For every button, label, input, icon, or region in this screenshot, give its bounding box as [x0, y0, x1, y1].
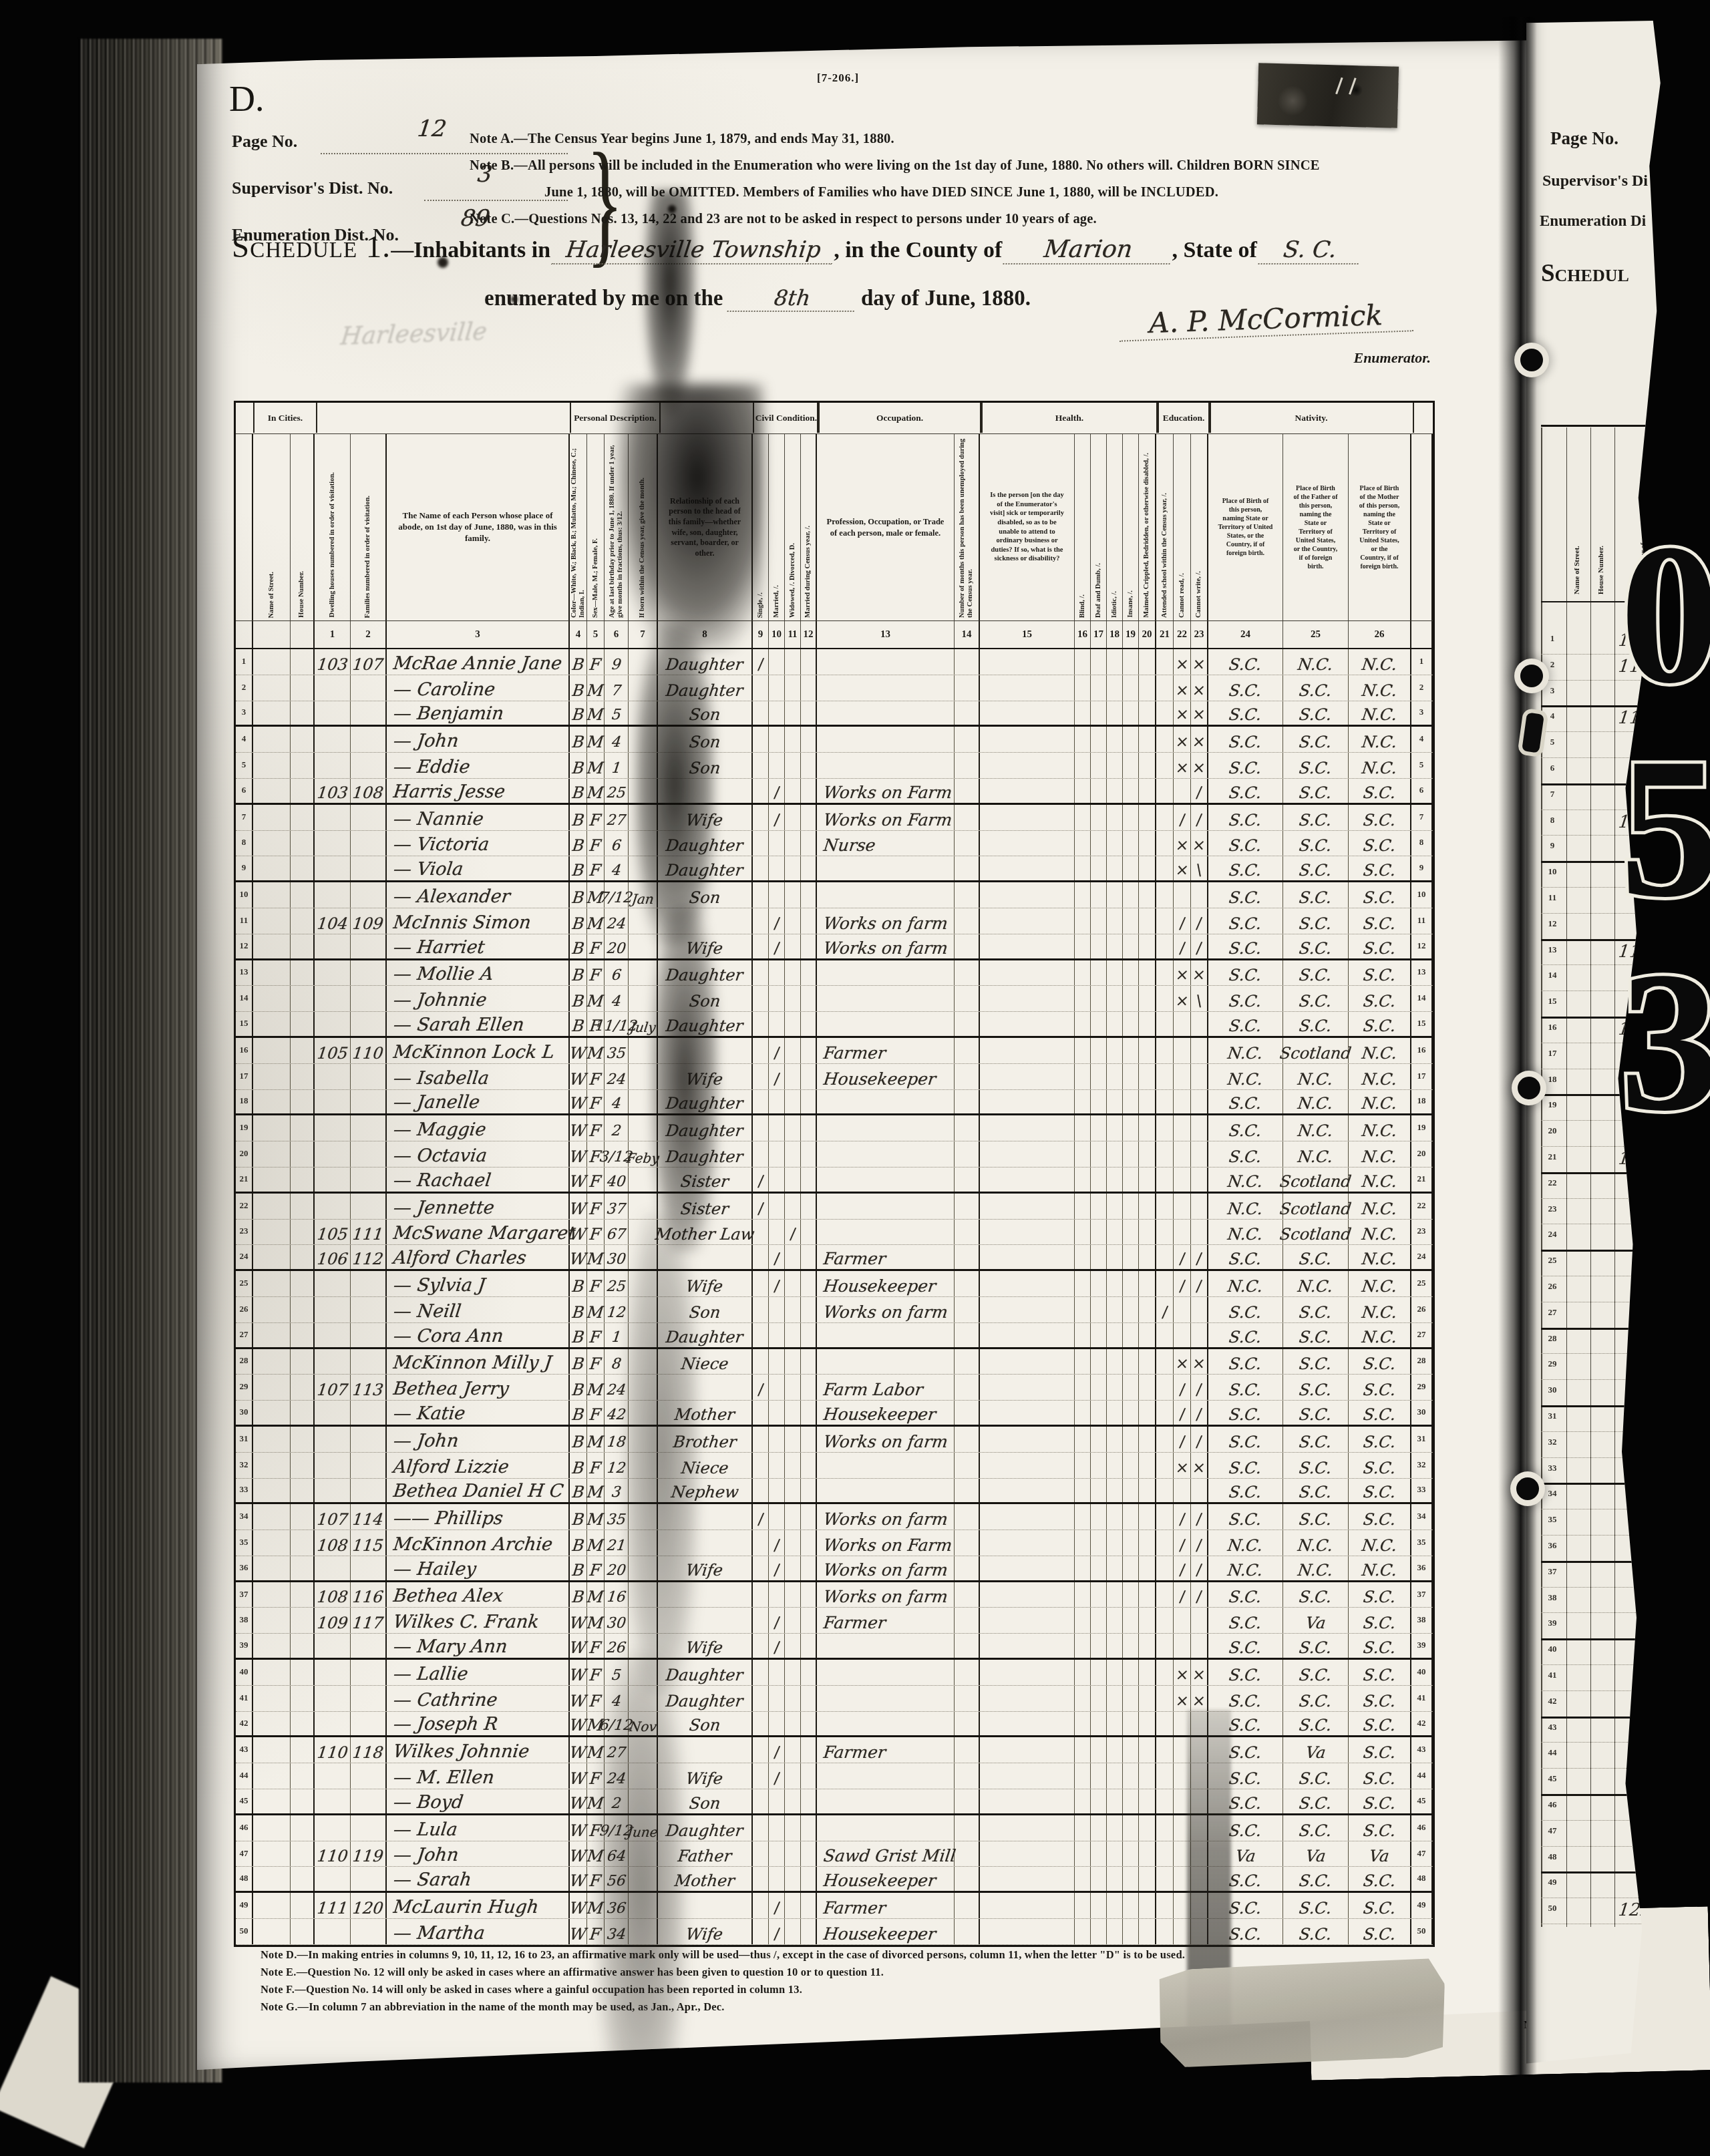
cell-c4: W — [570, 1090, 587, 1114]
cell-c18 — [1107, 1401, 1123, 1425]
cell-c17 — [1091, 1763, 1107, 1789]
cell-c25: S.C. — [1283, 1245, 1349, 1269]
cell-c12 — [801, 1582, 817, 1608]
cell-c18 — [1107, 882, 1123, 908]
cell-c20 — [1139, 934, 1156, 958]
cell-c22 — [1174, 1115, 1191, 1141]
table-row: 11104109McInnis SimonBM24/Works on farm/… — [236, 908, 1433, 934]
cell-c15 — [980, 1660, 1075, 1685]
cell-c15 — [980, 1737, 1075, 1763]
cell-rnum: 37 — [1411, 1582, 1433, 1608]
cell-c4: B — [570, 908, 587, 934]
cell-house — [291, 779, 315, 803]
cell-c5: F — [587, 856, 605, 880]
cell-c26: N.C. — [1349, 649, 1411, 675]
cell-c14 — [955, 675, 980, 701]
cell-rnum: 27 — [1411, 1323, 1433, 1347]
cell-house — [291, 960, 315, 986]
cell-c4: W — [570, 1789, 587, 1813]
cell-c6: 21 — [605, 1530, 629, 1556]
cell-c2 — [351, 1789, 387, 1813]
cell-c19 — [1123, 1427, 1139, 1452]
note-b1: Note B.—All persons will be included in … — [470, 158, 1320, 174]
cell-c15 — [980, 753, 1075, 778]
cell-c25: S.C. — [1283, 1012, 1349, 1036]
cell-c20 — [1139, 1167, 1156, 1192]
cell-c10 — [769, 856, 785, 880]
cell-c12 — [801, 1815, 817, 1841]
cell-lnum: 43 — [236, 1737, 253, 1763]
col-header-c20: Maimed, Crippled, Bedridden, or otherwis… — [1139, 434, 1156, 620]
cell-c21 — [1156, 1401, 1174, 1425]
cell-c16 — [1075, 1893, 1091, 1918]
page-letter: D. — [229, 78, 265, 120]
cell-c13 — [817, 960, 955, 986]
cell-c7 — [629, 1090, 658, 1114]
cell-c18 — [1107, 1167, 1123, 1192]
cell-c24: S.C. — [1208, 1297, 1283, 1322]
cell-c1 — [315, 1686, 351, 1711]
binder-hole — [1518, 1077, 1540, 1099]
cell-c15 — [980, 779, 1075, 803]
cell-c3: Alford Charles — [387, 1245, 570, 1269]
cell-c22: / — [1174, 1375, 1191, 1400]
cell-c20 — [1139, 753, 1156, 778]
cell-street — [253, 1220, 291, 1245]
cell-c13: Works on farm — [817, 1556, 955, 1580]
cell-c7 — [629, 960, 658, 986]
cell-c1: 109 — [315, 1608, 351, 1633]
cell-house — [291, 727, 315, 752]
cell-c24: S.C. — [1208, 1660, 1283, 1685]
cell-c19 — [1123, 882, 1139, 908]
rp-row-line — [1541, 1638, 1661, 1640]
cell-c26: N.C. — [1349, 1194, 1411, 1219]
cell-c10: / — [769, 1763, 785, 1789]
cell-house — [291, 1064, 315, 1089]
cell-c25: S.C. — [1283, 1349, 1349, 1375]
cell-c6: 30 — [605, 1245, 629, 1269]
cell-c12 — [801, 1194, 817, 1219]
cell-c17 — [1091, 1167, 1107, 1192]
col-num-c19: 19 — [1123, 621, 1139, 648]
cell-c24: S.C. — [1208, 1323, 1283, 1347]
cell-house — [291, 1167, 315, 1192]
cell-c15 — [980, 856, 1075, 880]
cell-c16 — [1075, 1763, 1091, 1789]
cell-c7 — [629, 1427, 658, 1452]
col-num-c20: 20 — [1139, 621, 1156, 648]
cell-c21 — [1156, 1893, 1174, 1918]
col-header-c9: Single, /. — [753, 434, 769, 620]
cell-c22: / — [1174, 805, 1191, 830]
cell-c18 — [1107, 1789, 1123, 1813]
cell-c11 — [785, 1401, 801, 1425]
cell-c14 — [955, 1737, 980, 1763]
col-num-c1: 1 — [315, 621, 351, 648]
cell-c21 — [1156, 1453, 1174, 1478]
cell-c2 — [351, 1427, 387, 1452]
cell-c19 — [1123, 1349, 1139, 1375]
cell-c16 — [1075, 701, 1091, 725]
cell-c8: Daughter — [658, 960, 753, 986]
rp-row-number: 26 — [1544, 1281, 1561, 1292]
col-header-c1: Dwelling houses numbered in order of vis… — [315, 434, 351, 620]
col-header-c7: If born within the Census year, give the… — [629, 434, 658, 620]
rp-supervisor-label: Supervisor's Di — [1542, 172, 1648, 190]
cell-street — [253, 986, 291, 1011]
cell-c11 — [785, 1712, 801, 1736]
cell-c10 — [769, 1375, 785, 1400]
cell-c19 — [1123, 1582, 1139, 1608]
cell-c13 — [817, 1660, 955, 1685]
cell-c3: Harris Jesse — [387, 779, 570, 803]
note-c: Note C.—Questions Nos. 13, 14, 22 and 23… — [470, 212, 1097, 227]
cell-c19 — [1123, 1867, 1139, 1891]
cell-c20 — [1139, 1556, 1156, 1580]
cell-house — [291, 1090, 315, 1114]
cell-c8: Mother — [658, 1401, 753, 1425]
cell-c6: 25 — [605, 1271, 629, 1296]
table-row: 17— IsabellaWF24Wife/HousekeeperN.C.N.C.… — [236, 1064, 1433, 1090]
cell-c25: S.C. — [1283, 882, 1349, 908]
cell-c16 — [1075, 1427, 1091, 1452]
col-label-c7: If born within the Census year, give the… — [639, 478, 647, 618]
cell-c6: 27 — [605, 805, 629, 830]
cell-c19 — [1123, 1815, 1139, 1841]
cell-c25: N.C. — [1283, 1530, 1349, 1556]
cell-c25: S.C. — [1283, 1712, 1349, 1736]
cell-c5: F — [587, 1090, 605, 1114]
cell-c15 — [980, 1712, 1075, 1736]
cell-c12 — [801, 805, 817, 830]
cell-c15 — [980, 727, 1075, 752]
cell-rnum: 3 — [1411, 701, 1433, 725]
cell-c13 — [817, 1815, 955, 1841]
cell-c26: S.C. — [1349, 960, 1411, 986]
cell-c11 — [785, 1815, 801, 1841]
cell-c8: Daughter — [658, 1141, 753, 1167]
cell-c24: S.C. — [1208, 1141, 1283, 1167]
cell-c18 — [1107, 1453, 1123, 1478]
cell-c14 — [955, 1245, 980, 1269]
cell-c8 — [658, 1893, 753, 1918]
bottom-note-e: Note E.—Question No. 12 will only be ask… — [261, 1966, 884, 1979]
cell-c12 — [801, 1712, 817, 1736]
cell-c17 — [1091, 1919, 1107, 1944]
col-header-c15: Is the person [on the day of the Enumera… — [980, 434, 1075, 620]
cell-c10 — [769, 753, 785, 778]
cell-c18 — [1107, 1349, 1123, 1375]
rp-row-line — [1541, 1405, 1661, 1407]
cell-c9 — [753, 1064, 769, 1089]
rp-row-line — [1541, 1820, 1661, 1821]
cell-c8: Daughter — [658, 649, 753, 675]
cell-c14 — [955, 1530, 980, 1556]
cell-c6: 35 — [605, 1038, 629, 1063]
cell-c26: S.C. — [1349, 1608, 1411, 1633]
rp-row-number: 6 — [1544, 763, 1561, 773]
cell-rnum: 21 — [1411, 1167, 1433, 1192]
cell-c16 — [1075, 1271, 1091, 1296]
cell-c26: S.C. — [1349, 1349, 1411, 1375]
cell-house — [291, 701, 315, 725]
page-gutter-shadow — [1498, 17, 1537, 2077]
cell-c15 — [980, 1815, 1075, 1841]
cell-c16 — [1075, 1608, 1091, 1633]
cell-c24: S.C. — [1208, 1582, 1283, 1608]
cell-c3: Bethea Daniel H C — [387, 1479, 570, 1503]
cell-c7 — [629, 1686, 658, 1711]
cell-c10 — [769, 1453, 785, 1478]
cell-c8 — [658, 908, 753, 934]
table-row: 22— JennetteWF37Sister/N.C.ScotlandN.C.2… — [236, 1194, 1433, 1220]
col-header-c18: Idiotic, /. — [1107, 434, 1123, 620]
cell-c13 — [817, 649, 955, 675]
cell-c12 — [801, 1064, 817, 1089]
cell-c25: S.C. — [1283, 701, 1349, 725]
rp-row-number: 40 — [1544, 1644, 1561, 1654]
cell-street — [253, 831, 291, 856]
cell-c4: W — [570, 1634, 587, 1658]
cell-c1: 111 — [315, 1893, 351, 1918]
cell-c21 — [1156, 779, 1174, 803]
cell-house — [291, 1634, 315, 1658]
rp-row-number: 23 — [1544, 1204, 1561, 1214]
cell-c16 — [1075, 1141, 1091, 1167]
cell-c22: / — [1174, 1504, 1191, 1530]
cell-c11: / — [785, 1220, 801, 1245]
cell-c16 — [1075, 675, 1091, 701]
cell-c20 — [1139, 1012, 1156, 1036]
cell-c14 — [955, 1763, 980, 1789]
col-label-c16: Blind, /. — [1079, 594, 1087, 618]
cell-lnum: 41 — [236, 1686, 253, 1711]
cell-c6: 12 — [605, 1297, 629, 1322]
cell-c2 — [351, 1090, 387, 1114]
cell-c12 — [801, 960, 817, 986]
cell-c8: Daughter — [658, 675, 753, 701]
cell-c14 — [955, 1712, 980, 1736]
cell-c9 — [753, 753, 769, 778]
cell-c2 — [351, 856, 387, 880]
binder-hole — [1520, 349, 1543, 371]
cell-lnum: 49 — [236, 1893, 253, 1918]
cell-house — [291, 1375, 315, 1400]
cell-c26: N.C. — [1349, 1115, 1411, 1141]
cell-c1 — [315, 831, 351, 856]
col-num-c17: 17 — [1091, 621, 1107, 648]
cell-c14 — [955, 1634, 980, 1658]
cell-c12 — [801, 882, 817, 908]
cell-c11 — [785, 960, 801, 986]
cell-c24: S.C. — [1208, 1608, 1283, 1633]
rp-house-label: House Number. — [1597, 441, 1605, 594]
cell-c11 — [785, 805, 801, 830]
cell-c25: S.C. — [1283, 986, 1349, 1011]
cell-c19 — [1123, 986, 1139, 1011]
cell-c16 — [1075, 1634, 1091, 1658]
cell-c12 — [801, 934, 817, 958]
group-label-incities: In Cities. — [253, 403, 317, 433]
col-num-street — [253, 621, 291, 648]
cell-c2: 111 — [351, 1220, 387, 1245]
col-label-c3: The Name of each Person whose place of a… — [387, 434, 568, 620]
cell-c7 — [629, 1167, 658, 1192]
cell-c3: — Octavia — [387, 1141, 570, 1167]
rp-row-number: 8 — [1544, 815, 1561, 826]
cell-c11 — [785, 1167, 801, 1192]
cell-c11 — [785, 1115, 801, 1141]
cell-lnum: 45 — [236, 1789, 253, 1813]
cell-c12 — [801, 1012, 817, 1036]
cell-street — [253, 701, 291, 725]
cell-c19 — [1123, 1271, 1139, 1296]
cell-lnum: 23 — [236, 1220, 253, 1245]
cell-lnum: 34 — [236, 1504, 253, 1530]
cell-c17 — [1091, 1712, 1107, 1736]
cell-c25: S.C. — [1283, 1427, 1349, 1452]
cell-house — [291, 1841, 315, 1867]
rp-row-number: 29 — [1544, 1359, 1561, 1369]
cell-c8 — [658, 1608, 753, 1633]
cell-c2 — [351, 882, 387, 908]
col-num-house — [291, 621, 315, 648]
cell-c23: × — [1191, 960, 1208, 986]
cell-c4: B — [570, 649, 587, 675]
cell-street — [253, 1271, 291, 1296]
cell-c1 — [315, 1115, 351, 1141]
cell-c9 — [753, 1556, 769, 1580]
col-label-c25: Place of Birth of the Father of this per… — [1283, 434, 1348, 620]
rp-row-number: 12 — [1544, 918, 1561, 929]
cell-c1: 106 — [315, 1245, 351, 1269]
cell-c13: Works on farm — [817, 1582, 955, 1608]
cell-c11 — [785, 1582, 801, 1608]
col-num-c9: 9 — [753, 621, 769, 648]
col-header-c2: Families numbered in order of visitation… — [351, 434, 387, 620]
cell-street — [253, 1115, 291, 1141]
col-label-c1: Dwelling houses numbered in order of vis… — [329, 472, 337, 618]
cell-c18 — [1107, 1038, 1123, 1063]
cell-c22: / — [1174, 1427, 1191, 1452]
cell-c17 — [1091, 908, 1107, 934]
cell-c24: N.C. — [1208, 1167, 1283, 1192]
cell-rnum: 50 — [1411, 1919, 1433, 1944]
cell-c4: B — [570, 882, 587, 908]
cell-c26: S.C. — [1349, 1453, 1411, 1478]
cell-c23: / — [1191, 805, 1208, 830]
cell-c25: N.C. — [1283, 1090, 1349, 1114]
cell-c5: M — [587, 779, 605, 803]
cell-c1 — [315, 1919, 351, 1944]
cell-c9 — [753, 1919, 769, 1944]
group-label-personaldescription: Personal Description. — [570, 403, 661, 433]
cell-lnum: 14 — [236, 986, 253, 1011]
cell-c9 — [753, 1686, 769, 1711]
cell-c6: 4 — [605, 856, 629, 880]
cell-c26: S.C. — [1349, 934, 1411, 958]
cell-c10: / — [769, 1556, 785, 1580]
cell-house — [291, 1194, 315, 1219]
cell-c12 — [801, 1375, 817, 1400]
cell-c20 — [1139, 727, 1156, 752]
cell-c4: B — [570, 1012, 587, 1036]
cell-c9 — [753, 1660, 769, 1685]
cell-c17 — [1091, 1453, 1107, 1478]
cell-c5: F — [587, 1660, 605, 1685]
col-num-c16: 16 — [1075, 621, 1091, 648]
cell-c2: 118 — [351, 1737, 387, 1763]
table-row: 36— HaileyBF20Wife/Works on farm//N.C.N.… — [236, 1556, 1433, 1582]
rp-row-number: 35 — [1544, 1514, 1561, 1525]
cell-c9 — [753, 856, 769, 880]
cell-c15 — [980, 1893, 1075, 1918]
cell-house — [291, 934, 315, 958]
cell-c2 — [351, 675, 387, 701]
cell-c5: F — [587, 831, 605, 856]
cell-c3: — Mary Ann — [387, 1634, 570, 1658]
cell-c16 — [1075, 1919, 1091, 1944]
cell-c15 — [980, 1582, 1075, 1608]
cell-c14 — [955, 1323, 980, 1347]
cell-c9 — [753, 1012, 769, 1036]
cell-c3: — Victoria — [387, 831, 570, 856]
cell-c3: — Maggie — [387, 1115, 570, 1141]
cell-c13 — [817, 1763, 955, 1789]
cell-c11 — [785, 1245, 801, 1269]
cell-c15 — [980, 1064, 1075, 1089]
cell-c3: — Mollie A — [387, 960, 570, 986]
cell-c23: / — [1191, 1530, 1208, 1556]
rp-row-number: 28 — [1544, 1333, 1561, 1344]
cell-c9 — [753, 1893, 769, 1918]
cell-rnum: 11 — [1411, 908, 1433, 934]
cell-c22 — [1174, 1141, 1191, 1167]
cell-c21 — [1156, 1115, 1174, 1141]
cell-c21 — [1156, 1841, 1174, 1867]
cell-c20 — [1139, 1297, 1156, 1322]
cell-c21 — [1156, 1789, 1174, 1813]
cell-street — [253, 1090, 291, 1114]
cell-c23 — [1191, 1012, 1208, 1036]
rp-row-number: 19 — [1544, 1099, 1561, 1110]
cell-c26: N.C. — [1349, 1245, 1411, 1269]
cell-c13 — [817, 1115, 955, 1141]
cell-street — [253, 960, 291, 986]
bottom-note-g: Note G.—In column 7 an abbreviation in t… — [261, 2000, 725, 2014]
cell-c3: — M. Ellen — [387, 1763, 570, 1789]
cell-c7 — [629, 831, 658, 856]
cell-c3: McRae Annie Jane — [387, 649, 570, 675]
cell-c8 — [658, 1582, 753, 1608]
cell-c18 — [1107, 1634, 1123, 1658]
cell-c3: — Johnnie — [387, 986, 570, 1011]
cell-c26: S.C. — [1349, 1401, 1411, 1425]
cell-c20 — [1139, 1349, 1156, 1375]
col-num-c25: 25 — [1283, 621, 1349, 648]
cell-c16 — [1075, 882, 1091, 908]
cell-c1: 108 — [315, 1582, 351, 1608]
cell-c2 — [351, 1297, 387, 1322]
cell-c5: F — [587, 805, 605, 830]
cell-c21 — [1156, 1504, 1174, 1530]
cell-c16 — [1075, 1375, 1091, 1400]
cell-street — [253, 1867, 291, 1891]
rp-row-line — [1541, 1794, 1661, 1796]
cell-c10: / — [769, 1893, 785, 1918]
cell-c1 — [315, 1479, 351, 1503]
